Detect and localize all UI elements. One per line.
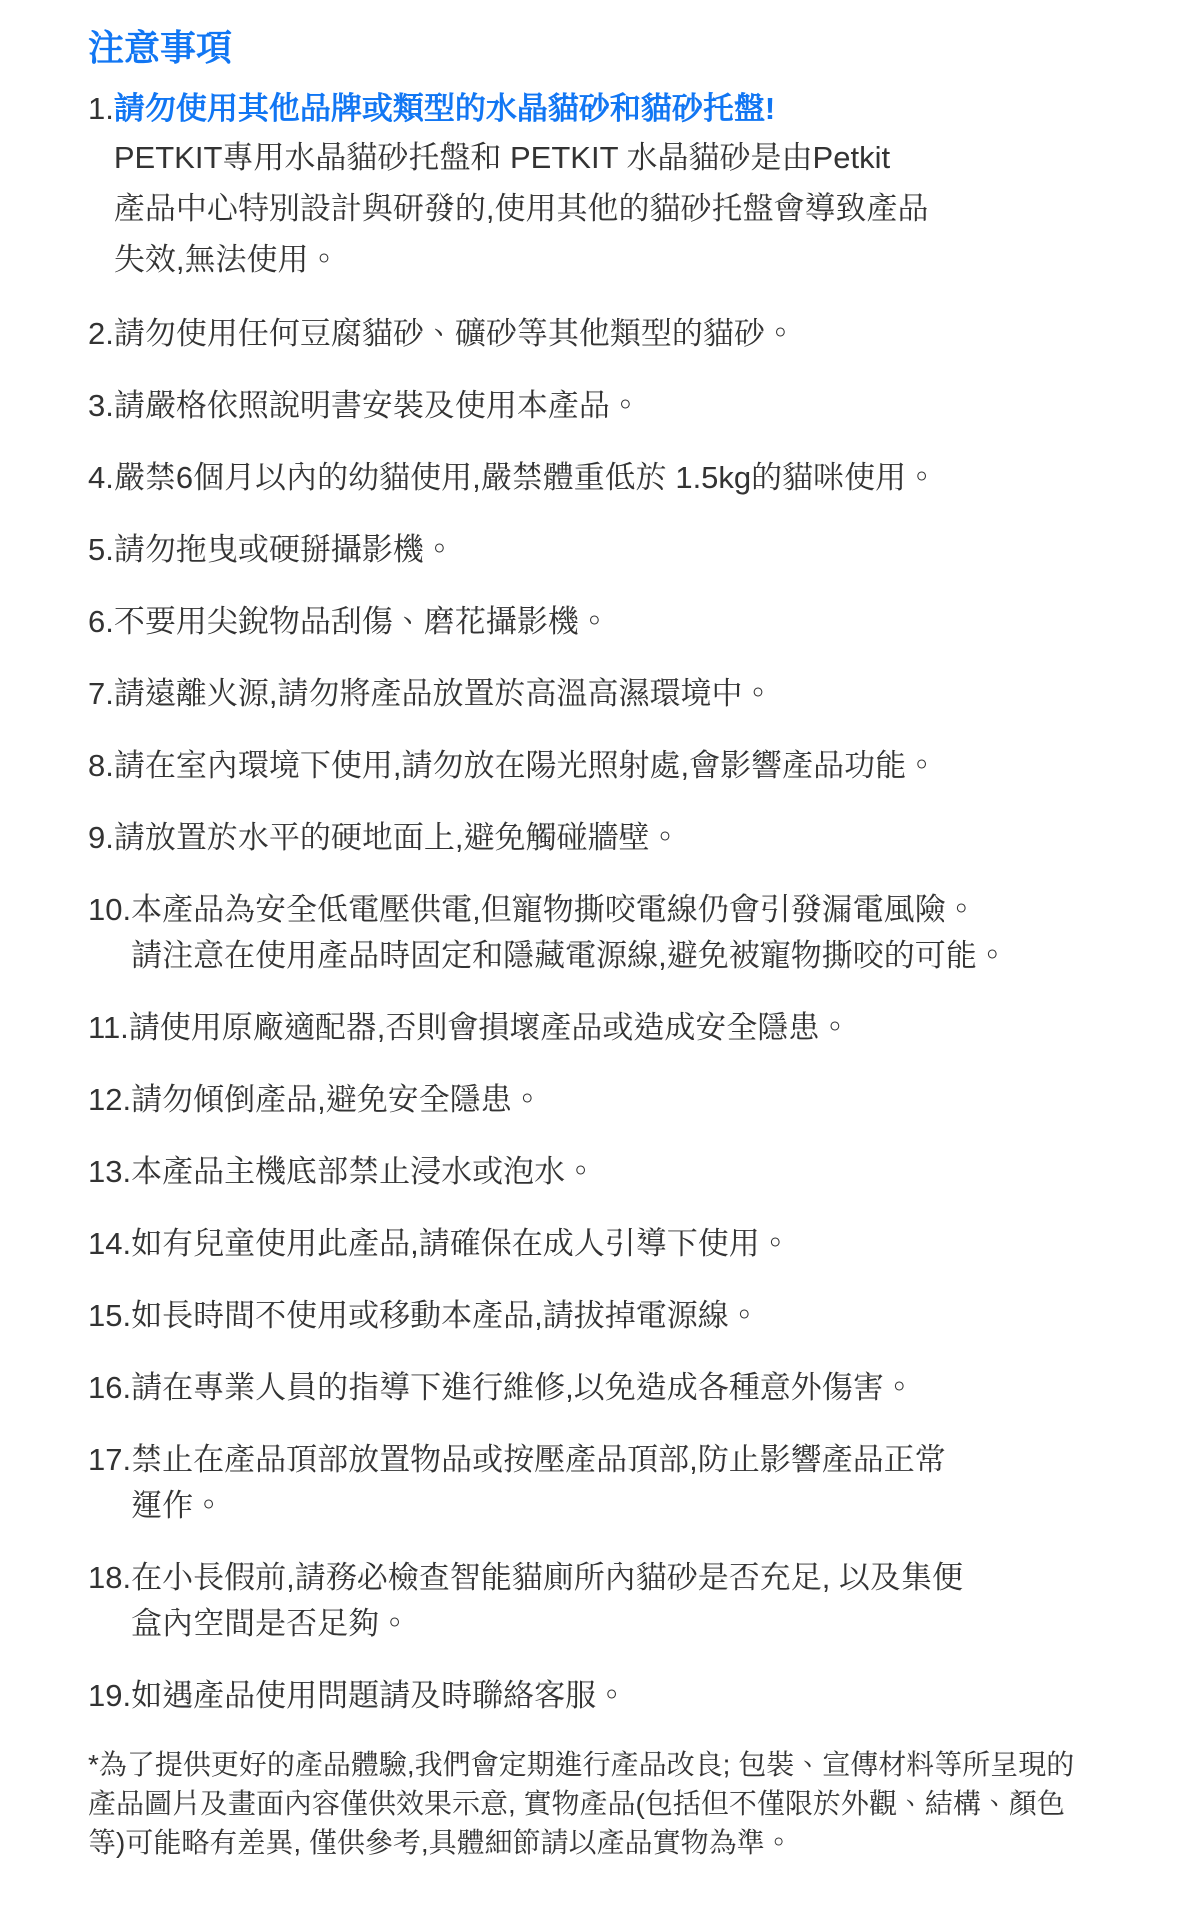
note-text-line: 請使用原廠適配器,否則會損壞產品或造成安全隱患。: [129, 1005, 1144, 1051]
note-body: 請勿使用任何豆腐貓砂、礦砂等其他類型的貓砂。: [114, 311, 1144, 357]
note-body: 如有兒童使用此產品,請確保在成人引導下使用。: [131, 1221, 1144, 1267]
note-item: 8. 請在室內環境下使用,請勿放在陽光照射處,會影響產品功能。: [88, 743, 1144, 789]
note-text-line: 如長時間不使用或移動本產品,請拔掉電源線。: [131, 1293, 1144, 1339]
notes-list: 1. 請勿使用其他品牌或類型的水晶貓砂和貓砂托盤! PETKIT專用水晶貓砂托盤…: [88, 86, 1144, 1719]
note-number: 7.: [88, 671, 114, 717]
note-number: 6.: [88, 599, 114, 645]
note-text-line: 在小長假前,請務必檢查智能貓廁所內貓砂是否充足, 以及集便: [131, 1555, 1144, 1601]
note-item: 16. 請在專業人員的指導下進行維修,以免造成各種意外傷害。: [88, 1365, 1144, 1411]
note-number: 19.: [88, 1673, 131, 1719]
note-body: 請勿傾倒產品,避免安全隱患。: [131, 1077, 1144, 1123]
note-number: 3.: [88, 383, 114, 429]
note-body: 請遠離火源,請勿將產品放置於高溫高濕環境中。: [114, 671, 1144, 717]
note-body: 本產品為安全低電壓供電,但寵物撕咬電線仍會引發漏電風險。 請注意在使用產品時固定…: [131, 887, 1144, 979]
note-body: 請使用原廠適配器,否則會損壞產品或造成安全隱患。: [129, 1005, 1144, 1051]
note-text-line: 運作。: [131, 1483, 1144, 1529]
note-number: 5.: [88, 527, 114, 573]
note-number: 10.: [88, 887, 131, 933]
note-item: 12. 請勿傾倒產品,避免安全隱患。: [88, 1077, 1144, 1123]
note-text-line: 產品中心特別設計與研發的,使用其他的貓砂托盤會導致產品: [114, 183, 1144, 234]
note-text-line: 請注意在使用產品時固定和隱藏電源線,避免被寵物撕咬的可能。: [131, 933, 1144, 979]
note-item: 17. 禁止在產品頂部放置物品或按壓產品頂部,防止影響產品正常 運作。: [88, 1437, 1144, 1529]
note-text-line: PETKIT專用水晶貓砂托盤和 PETKIT 水晶貓砂是由Petkit: [114, 132, 1144, 183]
note-number: 16.: [88, 1365, 131, 1411]
note-number: 8.: [88, 743, 114, 789]
note-body: 本產品主機底部禁止浸水或泡水。: [131, 1149, 1144, 1195]
footnote-line: *為了提供更好的產品體驗,我們會定期進行產品改良; 包裝、宣傳材料等所呈現的: [88, 1745, 1144, 1784]
note-item: 5. 請勿拖曳或硬掰攝影機。: [88, 527, 1144, 573]
note-text-line: 請在室內環境下使用,請勿放在陽光照射處,會影響產品功能。: [114, 743, 1144, 789]
note-item: 3. 請嚴格依照說明書安裝及使用本產品。: [88, 383, 1144, 429]
note-item: 9. 請放置於水平的硬地面上,避免觸碰牆壁。: [88, 815, 1144, 861]
note-text-line: 如有兒童使用此產品,請確保在成人引導下使用。: [131, 1221, 1144, 1267]
note-item: 4. 嚴禁6個月以內的幼貓使用,嚴禁體重低於 1.5kg的貓咪使用。: [88, 455, 1144, 501]
note-number: 18.: [88, 1555, 131, 1601]
note-number: 1.: [88, 86, 114, 132]
note-item: 2. 請勿使用任何豆腐貓砂、礦砂等其他類型的貓砂。: [88, 311, 1144, 357]
note-number: 13.: [88, 1149, 131, 1195]
footnote-line: 產品圖片及畫面內容僅供效果示意, 實物產品(包括但不僅限於外觀、結構、顏色: [88, 1784, 1144, 1823]
note-text-line: 請放置於水平的硬地面上,避免觸碰牆壁。: [114, 815, 1144, 861]
note-body: 禁止在產品頂部放置物品或按壓產品頂部,防止影響產品正常 運作。: [131, 1437, 1144, 1529]
note-number: 2.: [88, 311, 114, 357]
note-text-line: 請勿拖曳或硬掰攝影機。: [114, 527, 1144, 573]
note-text-line: 不要用尖銳物品刮傷、磨花攝影機。: [114, 599, 1144, 645]
note-item: 15. 如長時間不使用或移動本產品,請拔掉電源線。: [88, 1293, 1144, 1339]
note-item: 13. 本產品主機底部禁止浸水或泡水。: [88, 1149, 1144, 1195]
page-title: 注意事項: [88, 26, 1144, 70]
note-item: 11. 請使用原廠適配器,否則會損壞產品或造成安全隱患。: [88, 1005, 1144, 1051]
note-body: 請勿拖曳或硬掰攝影機。: [114, 527, 1144, 573]
note-text-line: 盒內空間是否足夠。: [131, 1601, 1144, 1647]
footnote-line: 等)可能略有差異, 僅供參考,具體細節請以產品實物為準。: [88, 1823, 1144, 1862]
note-number: 9.: [88, 815, 114, 861]
note-number: 12.: [88, 1077, 131, 1123]
note-text-line: 如遇產品使用問題請及時聯絡客服。: [131, 1673, 1144, 1719]
note-body: 嚴禁6個月以內的幼貓使用,嚴禁體重低於 1.5kg的貓咪使用。: [114, 455, 1144, 501]
note-text-line: 請在專業人員的指導下進行維修,以免造成各種意外傷害。: [131, 1365, 1144, 1411]
note-text-line: 請勿使用任何豆腐貓砂、礦砂等其他類型的貓砂。: [114, 311, 1144, 357]
note-text-line: 請遠離火源,請勿將產品放置於高溫高濕環境中。: [114, 671, 1144, 717]
note-body: 請勿使用其他品牌或類型的水晶貓砂和貓砂托盤! PETKIT專用水晶貓砂托盤和 P…: [114, 86, 1144, 285]
note-text-line: 請勿傾倒產品,避免安全隱患。: [131, 1077, 1144, 1123]
note-text-line: 嚴禁6個月以內的幼貓使用,嚴禁體重低於 1.5kg的貓咪使用。: [114, 455, 1144, 501]
note-text-line: 請嚴格依照說明書安裝及使用本產品。: [114, 383, 1144, 429]
note-item: 18. 在小長假前,請務必檢查智能貓廁所內貓砂是否充足, 以及集便 盒內空間是否…: [88, 1555, 1144, 1647]
note-item: 19. 如遇產品使用問題請及時聯絡客服。: [88, 1673, 1144, 1719]
note-item: 1. 請勿使用其他品牌或類型的水晶貓砂和貓砂托盤! PETKIT專用水晶貓砂托盤…: [88, 86, 1144, 285]
note-number: 14.: [88, 1221, 131, 1267]
note-text-line: 本產品主機底部禁止浸水或泡水。: [131, 1149, 1144, 1195]
note-body: 不要用尖銳物品刮傷、磨花攝影機。: [114, 599, 1144, 645]
note-heading: 請勿使用其他品牌或類型的水晶貓砂和貓砂托盤!: [114, 86, 1144, 132]
note-body: 如遇產品使用問題請及時聯絡客服。: [131, 1673, 1144, 1719]
note-body: 請放置於水平的硬地面上,避免觸碰牆壁。: [114, 815, 1144, 861]
note-item: 14. 如有兒童使用此產品,請確保在成人引導下使用。: [88, 1221, 1144, 1267]
footnote: *為了提供更好的產品體驗,我們會定期進行產品改良; 包裝、宣傳材料等所呈現的 產…: [88, 1745, 1144, 1862]
note-item: 7. 請遠離火源,請勿將產品放置於高溫高濕環境中。: [88, 671, 1144, 717]
note-body: 請嚴格依照說明書安裝及使用本產品。: [114, 383, 1144, 429]
note-number: 17.: [88, 1437, 131, 1483]
note-body: 在小長假前,請務必檢查智能貓廁所內貓砂是否充足, 以及集便 盒內空間是否足夠。: [131, 1555, 1144, 1647]
notes-section: 注意事項 1. 請勿使用其他品牌或類型的水晶貓砂和貓砂托盤! PETKIT專用水…: [0, 0, 1200, 1918]
note-text-line: 失效,無法使用。: [114, 234, 1144, 285]
note-number: 11.: [88, 1005, 129, 1051]
note-body: 如長時間不使用或移動本產品,請拔掉電源線。: [131, 1293, 1144, 1339]
note-body: 請在室內環境下使用,請勿放在陽光照射處,會影響產品功能。: [114, 743, 1144, 789]
note-item: 10. 本產品為安全低電壓供電,但寵物撕咬電線仍會引發漏電風險。 請注意在使用產…: [88, 887, 1144, 979]
note-text-line: 禁止在產品頂部放置物品或按壓產品頂部,防止影響產品正常: [131, 1437, 1144, 1483]
note-text-line: 本產品為安全低電壓供電,但寵物撕咬電線仍會引發漏電風險。: [131, 887, 1144, 933]
note-number: 4.: [88, 455, 114, 501]
note-body: 請在專業人員的指導下進行維修,以免造成各種意外傷害。: [131, 1365, 1144, 1411]
note-item: 6. 不要用尖銳物品刮傷、磨花攝影機。: [88, 599, 1144, 645]
note-number: 15.: [88, 1293, 131, 1339]
